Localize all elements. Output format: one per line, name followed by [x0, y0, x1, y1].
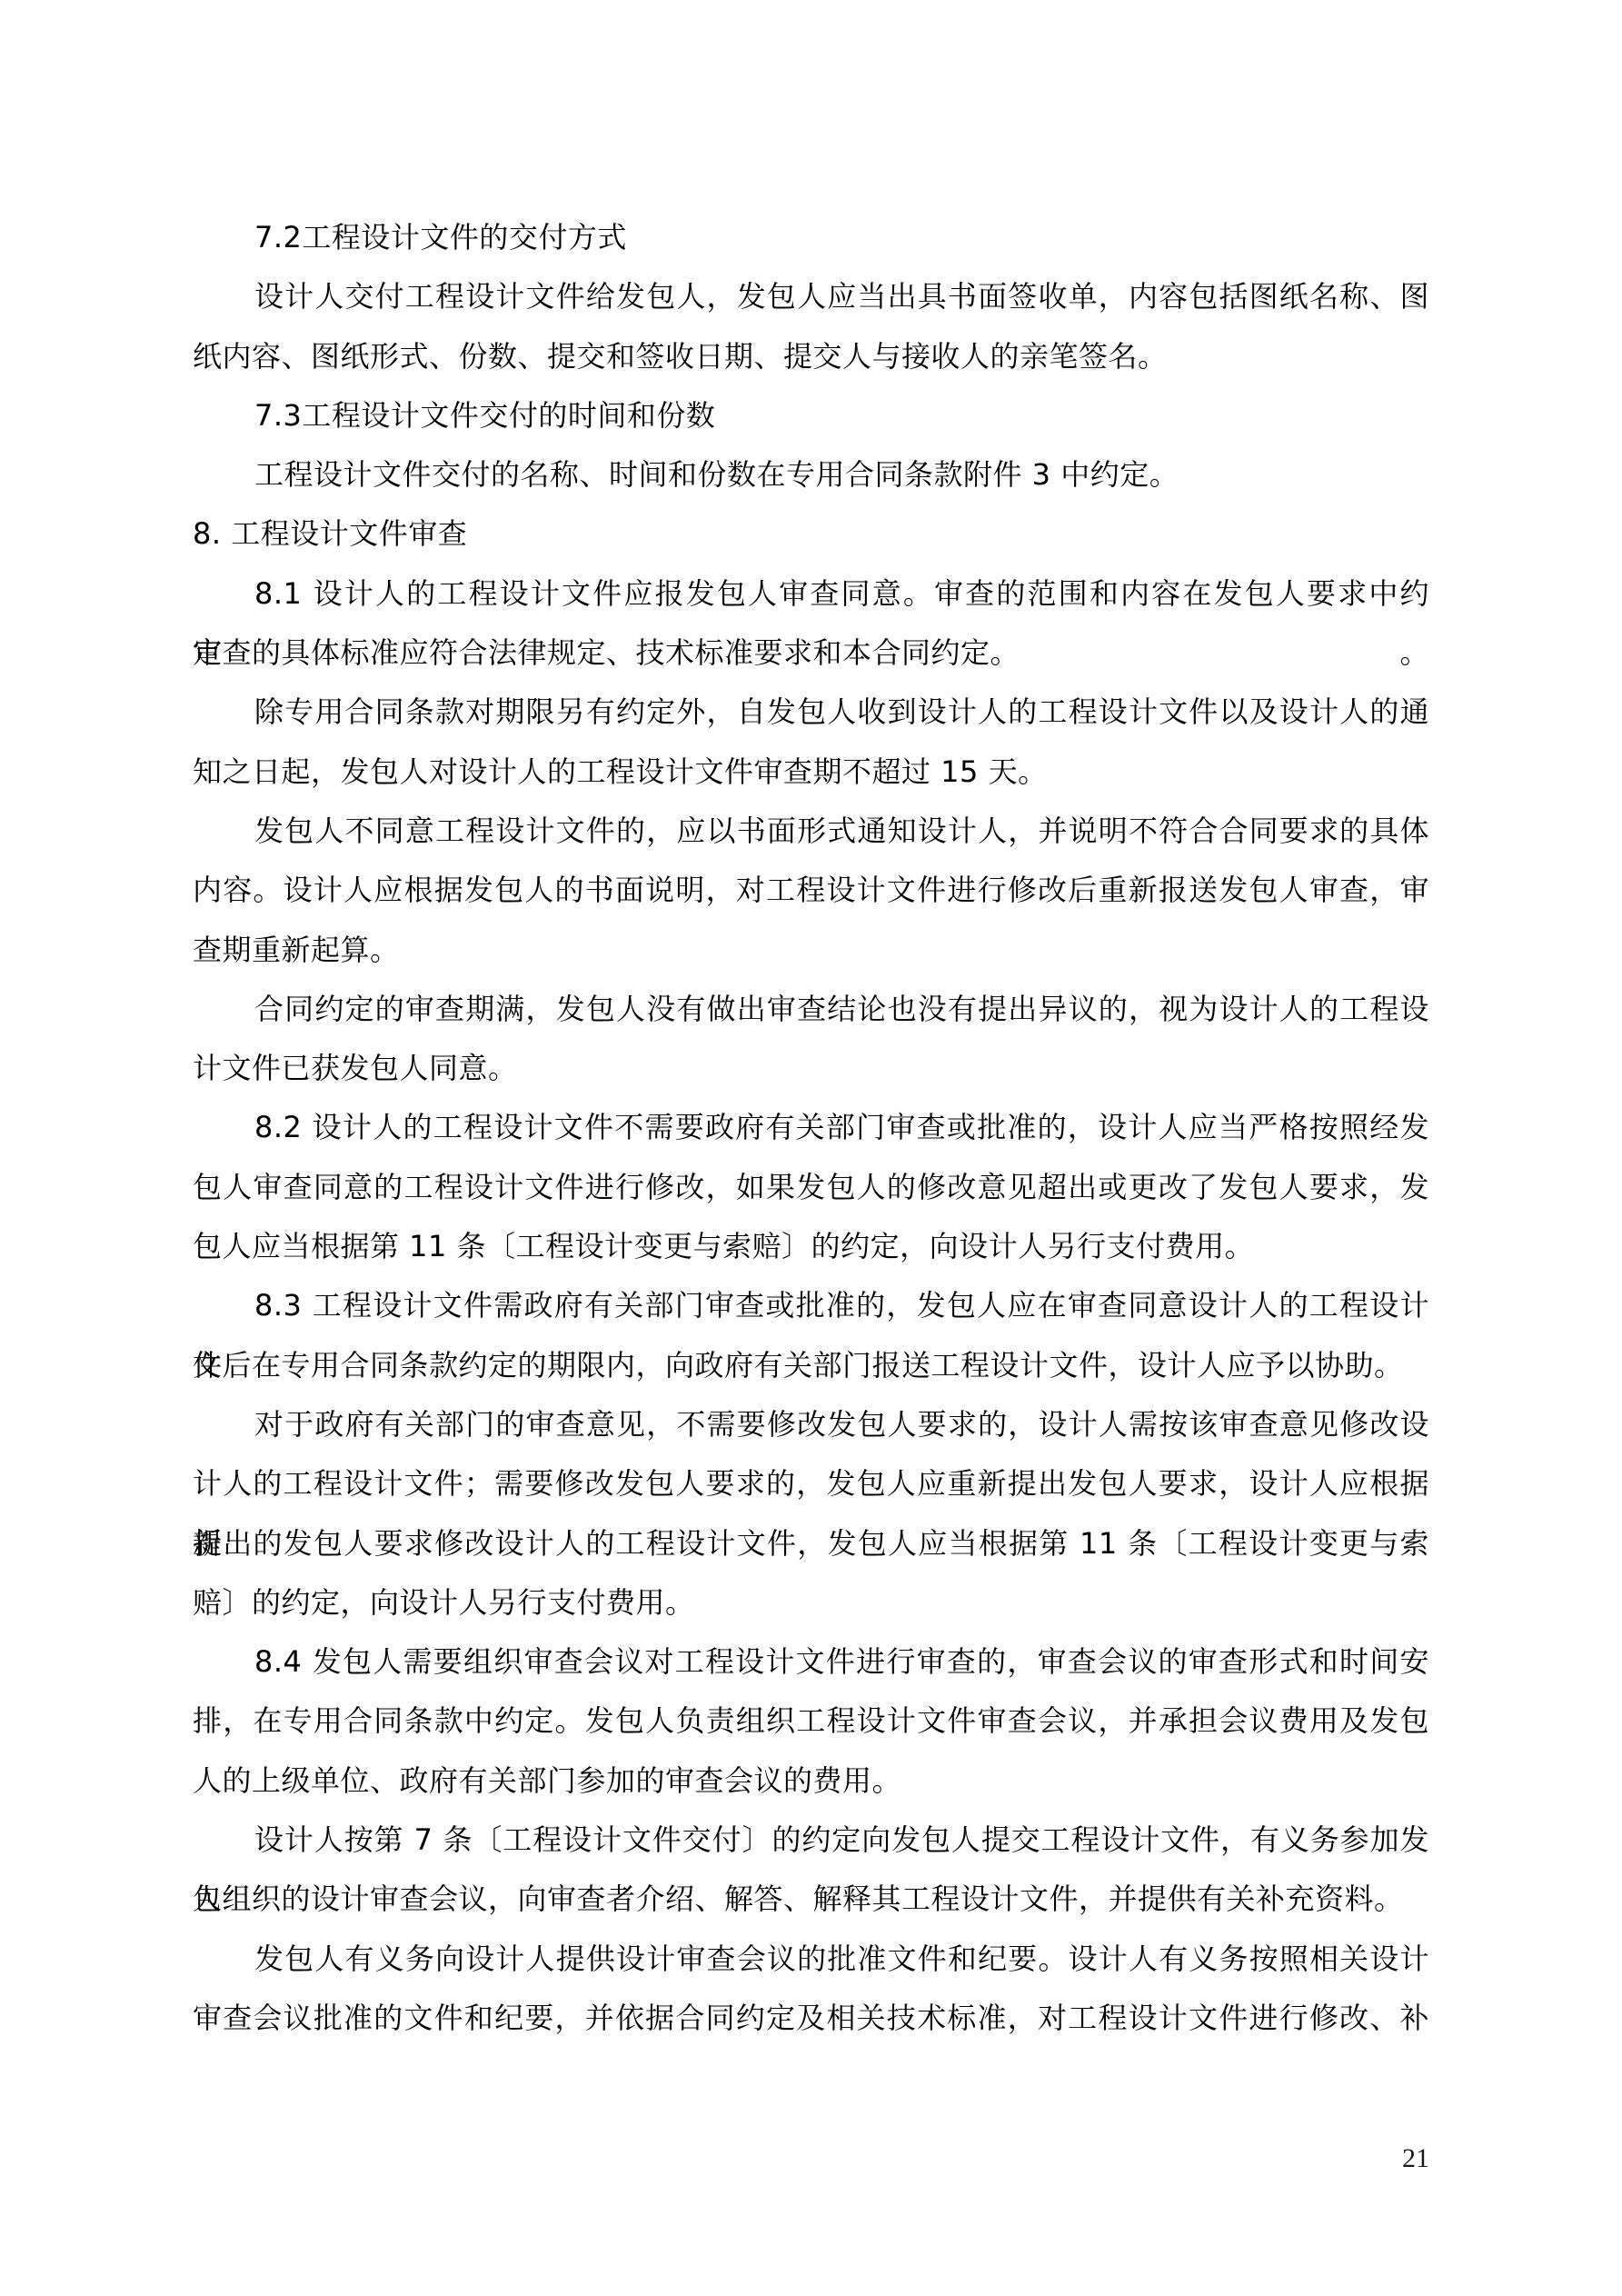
text-line: 赔〕的约定，向设计人另行支付费用。	[193, 1573, 1429, 1632]
text-line: 8. 工程设计文件审查	[193, 504, 1429, 564]
text-line: 工程设计文件交付的名称、时间和份数在专用合同条款附件 3 中约定。	[193, 445, 1429, 504]
text-line: 发包人有义务向设计人提供设计审查会议的批准文件和纪要。设计人有义务按照相关设计	[193, 1930, 1429, 1989]
text-line: 计人的工程设计文件；需要修改发包人要求的，发包人应重新提出发包人要求，设计人应根…	[193, 1454, 1429, 1513]
text-line: 提出的发包人要求修改设计人的工程设计文件，发包人应当根据第 11 条〔工程设计变…	[193, 1514, 1429, 1573]
document-body: 7.2工程设计文件的交付方式设计人交付工程设计文件给发包人，发包人应当出具书面签…	[193, 208, 1429, 2048]
text-line: 8.1 设计人的工程设计文件应报发包人审查同意。审查的范围和内容在发包人要求中约…	[193, 564, 1429, 624]
text-line: 包人应当根据第 11 条〔工程设计变更与索赔〕的约定，向设计人另行支付费用。	[193, 1217, 1429, 1276]
text-line: 包人审查同意的工程设计文件进行修改，如果发包人的修改意见超出或更改了发包人要求，…	[193, 1158, 1429, 1217]
text-line: 对于政府有关部门的审查意见，不需要修改发包人要求的，设计人需按该审查意见修改设	[193, 1395, 1429, 1454]
text-line: 设计人按第 7 条〔工程设计文件交付〕的约定向发包人提交工程设计文件，有义务参加…	[193, 1811, 1429, 1870]
text-line: 合同约定的审查期满，发包人没有做出审查结论也没有提出异议的，视为设计人的工程设	[193, 980, 1429, 1039]
text-line: 审查会议批准的文件和纪要，并依据合同约定及相关技术标准，对工程设计文件进行修改、…	[193, 1989, 1429, 2048]
text-line: 计文件已获发包人同意。	[193, 1039, 1429, 1098]
text-line: 7.2工程设计文件的交付方式	[193, 208, 1429, 267]
text-line: 纸内容、图纸形式、份数、提交和签收日期、提交人与接收人的亲笔签名。	[193, 327, 1429, 386]
text-line: 设计人交付工程设计文件给发包人，发包人应当出具书面签收单，内容包括图纸名称、图	[193, 267, 1429, 326]
page-number: 21	[193, 2143, 1429, 2174]
text-line: 8.3 工程设计文件需政府有关部门审查或批准的，发包人应在审查同意设计人的工程设…	[193, 1276, 1429, 1335]
text-line: 除专用合同条款对期限另有约定外，自发包人收到设计人的工程设计文件以及设计人的通	[193, 683, 1429, 742]
text-line: 人组织的设计审查会议，向审查者介绍、解答、解释其工程设计文件，并提供有关补充资料…	[193, 1870, 1429, 1929]
text-line: 8.2 设计人的工程设计文件不需要政府有关部门审查或批准的，设计人应当严格按照经…	[193, 1098, 1429, 1157]
text-line: 内容。设计人应根据发包人的书面说明，对工程设计文件进行修改后重新报送发包人审查，…	[193, 861, 1429, 920]
text-line: 人的上级单位、政府有关部门参加的审查会议的费用。	[193, 1752, 1429, 1811]
document-page: 7.2工程设计文件的交付方式设计人交付工程设计文件给发包人，发包人应当出具书面签…	[0, 0, 1622, 2296]
text-line: 排，在专用合同条款中约定。发包人负责组织工程设计文件审查会议，并承担会议费用及发…	[193, 1692, 1429, 1751]
text-line: 7.3工程设计文件交付的时间和份数	[193, 386, 1429, 445]
text-line: 知之日起，发包人对设计人的工程设计文件审查期不超过 15 天。	[193, 743, 1429, 802]
text-line: 8.4 发包人需要组织审查会议对工程设计文件进行审查的，审查会议的审查形式和时间…	[193, 1632, 1429, 1692]
text-line: 查期重新起算。	[193, 921, 1429, 980]
text-line: 发包人不同意工程设计文件的，应以书面形式通知设计人，并说明不符合合同要求的具体	[193, 802, 1429, 861]
text-line: 件后在专用合同条款约定的期限内，向政府有关部门报送工程设计文件，设计人应予以协助…	[193, 1336, 1429, 1395]
